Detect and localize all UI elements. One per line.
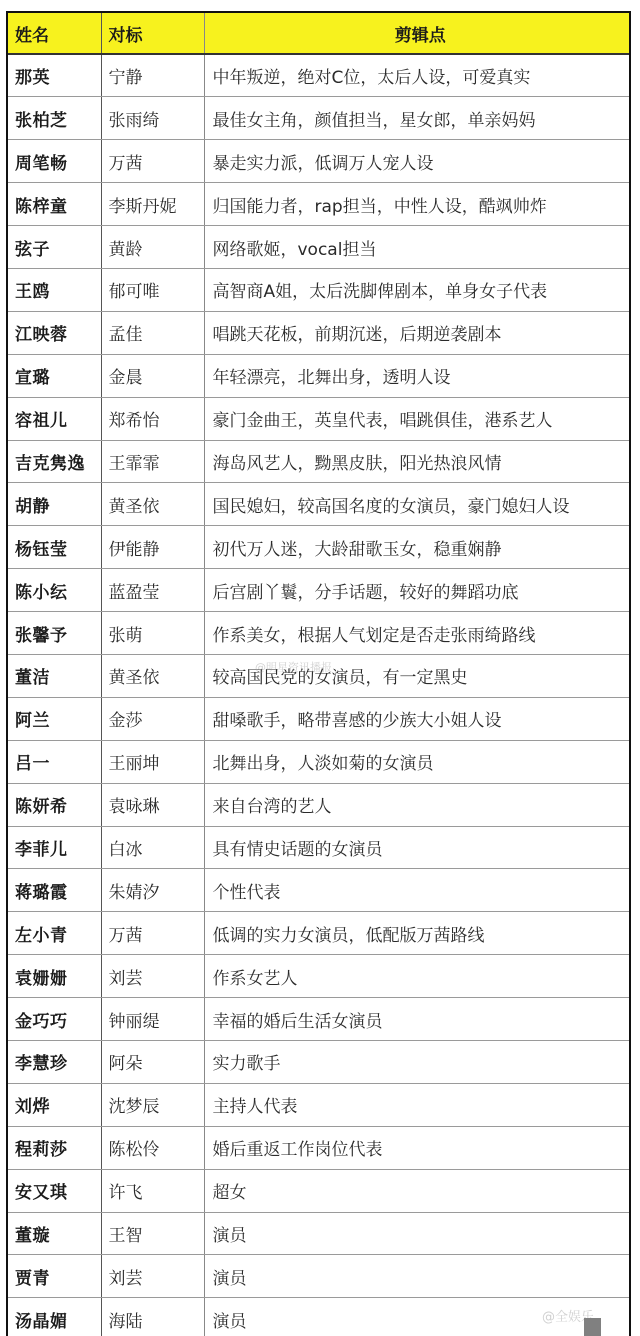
benchmark-cell: 张雨绮 xyxy=(101,97,204,140)
header-highlight: 剪辑点 xyxy=(204,13,629,54)
highlight-cell: 高智商A姐，太后洗脚俾剧本，单身女子代表 xyxy=(204,268,629,311)
highlight-cell: 作系美女，根据人气划定是否走张雨绮路线 xyxy=(204,612,629,655)
benchmark-cell: 海陆 xyxy=(101,1298,204,1336)
benchmark-cell: 郁可唯 xyxy=(101,268,204,311)
table-row: 李菲儿白冰具有情史话题的女演员 xyxy=(8,826,629,869)
name-cell: 王鸥 xyxy=(8,268,101,311)
header-name: 姓名 xyxy=(8,13,101,54)
highlight-cell: 较高国民党的女演员，有一定黑史 xyxy=(204,654,629,697)
name-cell: 董璇 xyxy=(8,1212,101,1255)
highlight-cell: 演员 xyxy=(204,1298,629,1336)
benchmark-cell: 万茜 xyxy=(101,912,204,955)
benchmark-cell: 钟丽缇 xyxy=(101,998,204,1041)
name-cell: 张馨予 xyxy=(8,612,101,655)
benchmark-cell: 王霏霏 xyxy=(101,440,204,483)
table-header-row: 姓名 对标 剪辑点 xyxy=(8,13,629,54)
highlight-cell: 暴走实力派，低调万人宠人设 xyxy=(204,140,629,183)
benchmark-cell: 许飞 xyxy=(101,1169,204,1212)
name-cell: 金巧巧 xyxy=(8,998,101,1041)
benchmark-cell: 朱婧汐 xyxy=(101,869,204,912)
table-row: 程莉莎陈松伶婚后重返工作岗位代表 xyxy=(8,1126,629,1169)
benchmark-cell: 黄圣依 xyxy=(101,654,204,697)
highlight-cell: 来自台湾的艺人 xyxy=(204,783,629,826)
name-cell: 容祖儿 xyxy=(8,397,101,440)
comparison-table: 姓名 对标 剪辑点 那英宁静中年叛逆，绝对C位，太后人设，可爱真实张柏芝张雨绮最… xyxy=(8,13,629,1336)
name-cell: 阿兰 xyxy=(8,697,101,740)
name-cell: 周笔畅 xyxy=(8,140,101,183)
highlight-cell: 作系女艺人 xyxy=(204,955,629,998)
name-cell: 那英 xyxy=(8,54,101,97)
benchmark-cell: 孟佳 xyxy=(101,311,204,354)
name-cell: 董洁 xyxy=(8,654,101,697)
benchmark-cell: 金晨 xyxy=(101,354,204,397)
name-cell: 贾青 xyxy=(8,1255,101,1298)
table-row: 董璇王智演员 xyxy=(8,1212,629,1255)
name-cell: 杨钰莹 xyxy=(8,526,101,569)
highlight-cell: 年轻漂亮，北舞出身，透明人设 xyxy=(204,354,629,397)
highlight-cell: 主持人代表 xyxy=(204,1083,629,1126)
header-benchmark: 对标 xyxy=(101,13,204,54)
table-row: 那英宁静中年叛逆，绝对C位，太后人设，可爱真实 xyxy=(8,54,629,97)
table-row: 安又琪许飞超女 xyxy=(8,1169,629,1212)
highlight-cell: 海岛风艺人，黝黑皮肤，阳光热浪风情 xyxy=(204,440,629,483)
table-row: 陈梓童李斯丹妮归国能力者，rap担当，中性人设，酷飒帅炸 xyxy=(8,183,629,226)
benchmark-cell: 宁静 xyxy=(101,54,204,97)
highlight-cell: 归国能力者，rap担当，中性人设，酷飒帅炸 xyxy=(204,183,629,226)
name-cell: 弦子 xyxy=(8,226,101,269)
benchmark-cell: 黄龄 xyxy=(101,226,204,269)
name-cell: 袁姗姗 xyxy=(8,955,101,998)
highlight-cell: 国民媳妇，较高国名度的女演员，豪门媳妇人设 xyxy=(204,483,629,526)
benchmark-cell: 郑希怡 xyxy=(101,397,204,440)
benchmark-cell: 金莎 xyxy=(101,697,204,740)
table-body: 那英宁静中年叛逆，绝对C位，太后人设，可爱真实张柏芝张雨绮最佳女主角，颜值担当，… xyxy=(8,54,629,1336)
benchmark-cell: 白冰 xyxy=(101,826,204,869)
benchmark-cell: 万茜 xyxy=(101,140,204,183)
name-cell: 胡静 xyxy=(8,483,101,526)
highlight-cell: 唱跳天花板，前期沉迷，后期逆袭剧本 xyxy=(204,311,629,354)
benchmark-cell: 陈松伶 xyxy=(101,1126,204,1169)
highlight-cell: 中年叛逆，绝对C位，太后人设，可爱真实 xyxy=(204,54,629,97)
table-row: 汤晶媚海陆演员 xyxy=(8,1298,629,1336)
benchmark-cell: 刘芸 xyxy=(101,955,204,998)
name-cell: 张柏芝 xyxy=(8,97,101,140)
highlight-cell: 豪门金曲王，英皇代表，唱跳俱佳，港系艺人 xyxy=(204,397,629,440)
benchmark-cell: 黄圣依 xyxy=(101,483,204,526)
highlight-cell: 实力歌手 xyxy=(204,1040,629,1083)
name-cell: 李菲儿 xyxy=(8,826,101,869)
name-cell: 吕一 xyxy=(8,740,101,783)
highlight-cell: 幸福的婚后生活女演员 xyxy=(204,998,629,1041)
name-cell: 吉克隽逸 xyxy=(8,440,101,483)
table-row: 弦子黄龄网络歌姬，vocal担当 xyxy=(8,226,629,269)
highlight-cell: 初代万人迷，大龄甜歌玉女，稳重娴静 xyxy=(204,526,629,569)
table-row: 张柏芝张雨绮最佳女主角，颜值担当，星女郎，单亲妈妈 xyxy=(8,97,629,140)
highlight-cell: 具有情史话题的女演员 xyxy=(204,826,629,869)
table-row: 王鸥郁可唯高智商A姐，太后洗脚俾剧本，单身女子代表 xyxy=(8,268,629,311)
name-cell: 宣璐 xyxy=(8,354,101,397)
table-row: 董洁黄圣依较高国民党的女演员，有一定黑史 xyxy=(8,654,629,697)
highlight-cell: 婚后重返工作岗位代表 xyxy=(204,1126,629,1169)
benchmark-cell: 张萌 xyxy=(101,612,204,655)
benchmark-cell: 王丽坤 xyxy=(101,740,204,783)
highlight-cell: 演员 xyxy=(204,1212,629,1255)
table-row: 阿兰金莎甜嗓歌手，略带喜感的少族大小姐人设 xyxy=(8,697,629,740)
table-row: 吕一王丽坤北舞出身，人淡如菊的女演员 xyxy=(8,740,629,783)
benchmark-cell: 阿朵 xyxy=(101,1040,204,1083)
table-row: 吉克隽逸王霏霏海岛风艺人，黝黑皮肤，阳光热浪风情 xyxy=(8,440,629,483)
benchmark-cell: 李斯丹妮 xyxy=(101,183,204,226)
highlight-cell: 超女 xyxy=(204,1169,629,1212)
benchmark-cell: 蓝盈莹 xyxy=(101,569,204,612)
table-row: 张馨予张萌作系美女，根据人气划定是否走张雨绮路线 xyxy=(8,612,629,655)
table-row: 左小青万茜低调的实力女演员，低配版万茜路线 xyxy=(8,912,629,955)
highlight-cell: 北舞出身，人淡如菊的女演员 xyxy=(204,740,629,783)
benchmark-cell: 伊能静 xyxy=(101,526,204,569)
table-row: 贾青刘芸演员 xyxy=(8,1255,629,1298)
table-row: 宣璐金晨年轻漂亮，北舞出身，透明人设 xyxy=(8,354,629,397)
name-cell: 汤晶媚 xyxy=(8,1298,101,1336)
name-cell: 蒋璐霞 xyxy=(8,869,101,912)
table-row: 周笔畅万茜暴走实力派，低调万人宠人设 xyxy=(8,140,629,183)
table-row: 杨钰莹伊能静初代万人迷，大龄甜歌玉女，稳重娴静 xyxy=(8,526,629,569)
table-row: 陈小纭蓝盈莹后宫剧丫鬟，分手话题，较好的舞蹈功底 xyxy=(8,569,629,612)
benchmark-cell: 刘芸 xyxy=(101,1255,204,1298)
highlight-cell: 演员 xyxy=(204,1255,629,1298)
name-cell: 左小青 xyxy=(8,912,101,955)
highlight-cell: 最佳女主角，颜值担当，星女郎，单亲妈妈 xyxy=(204,97,629,140)
table-row: 李慧珍阿朵实力歌手 xyxy=(8,1040,629,1083)
watermark-block xyxy=(584,1318,601,1336)
name-cell: 陈小纭 xyxy=(8,569,101,612)
name-cell: 程莉莎 xyxy=(8,1126,101,1169)
table-row: 金巧巧钟丽缇幸福的婚后生活女演员 xyxy=(8,998,629,1041)
benchmark-cell: 袁咏琳 xyxy=(101,783,204,826)
benchmark-cell: 王智 xyxy=(101,1212,204,1255)
table-row: 陈妍希袁咏琳来自台湾的艺人 xyxy=(8,783,629,826)
highlight-cell: 后宫剧丫鬟，分手话题，较好的舞蹈功底 xyxy=(204,569,629,612)
name-cell: 安又琪 xyxy=(8,1169,101,1212)
benchmark-cell: 沈梦辰 xyxy=(101,1083,204,1126)
table-row: 刘烨沈梦辰主持人代表 xyxy=(8,1083,629,1126)
name-cell: 刘烨 xyxy=(8,1083,101,1126)
table-row: 胡静黄圣依国民媳妇，较高国名度的女演员，豪门媳妇人设 xyxy=(8,483,629,526)
highlight-cell: 甜嗓歌手，略带喜感的少族大小姐人设 xyxy=(204,697,629,740)
highlight-cell: 低调的实力女演员，低配版万茜路线 xyxy=(204,912,629,955)
table-row: 江映蓉孟佳唱跳天花板，前期沉迷，后期逆袭剧本 xyxy=(8,311,629,354)
table-row: 袁姗姗刘芸作系女艺人 xyxy=(8,955,629,998)
highlight-cell: 个性代表 xyxy=(204,869,629,912)
table-row: 蒋璐霞朱婧汐个性代表 xyxy=(8,869,629,912)
name-cell: 李慧珍 xyxy=(8,1040,101,1083)
table-row: 容祖儿郑希怡豪门金曲王，英皇代表，唱跳俱佳，港系艺人 xyxy=(8,397,629,440)
highlight-cell: 网络歌姬，vocal担当 xyxy=(204,226,629,269)
comparison-table-container: 姓名 对标 剪辑点 那英宁静中年叛逆，绝对C位，太后人设，可爱真实张柏芝张雨绮最… xyxy=(6,11,631,1336)
name-cell: 陈妍希 xyxy=(8,783,101,826)
name-cell: 陈梓童 xyxy=(8,183,101,226)
name-cell: 江映蓉 xyxy=(8,311,101,354)
